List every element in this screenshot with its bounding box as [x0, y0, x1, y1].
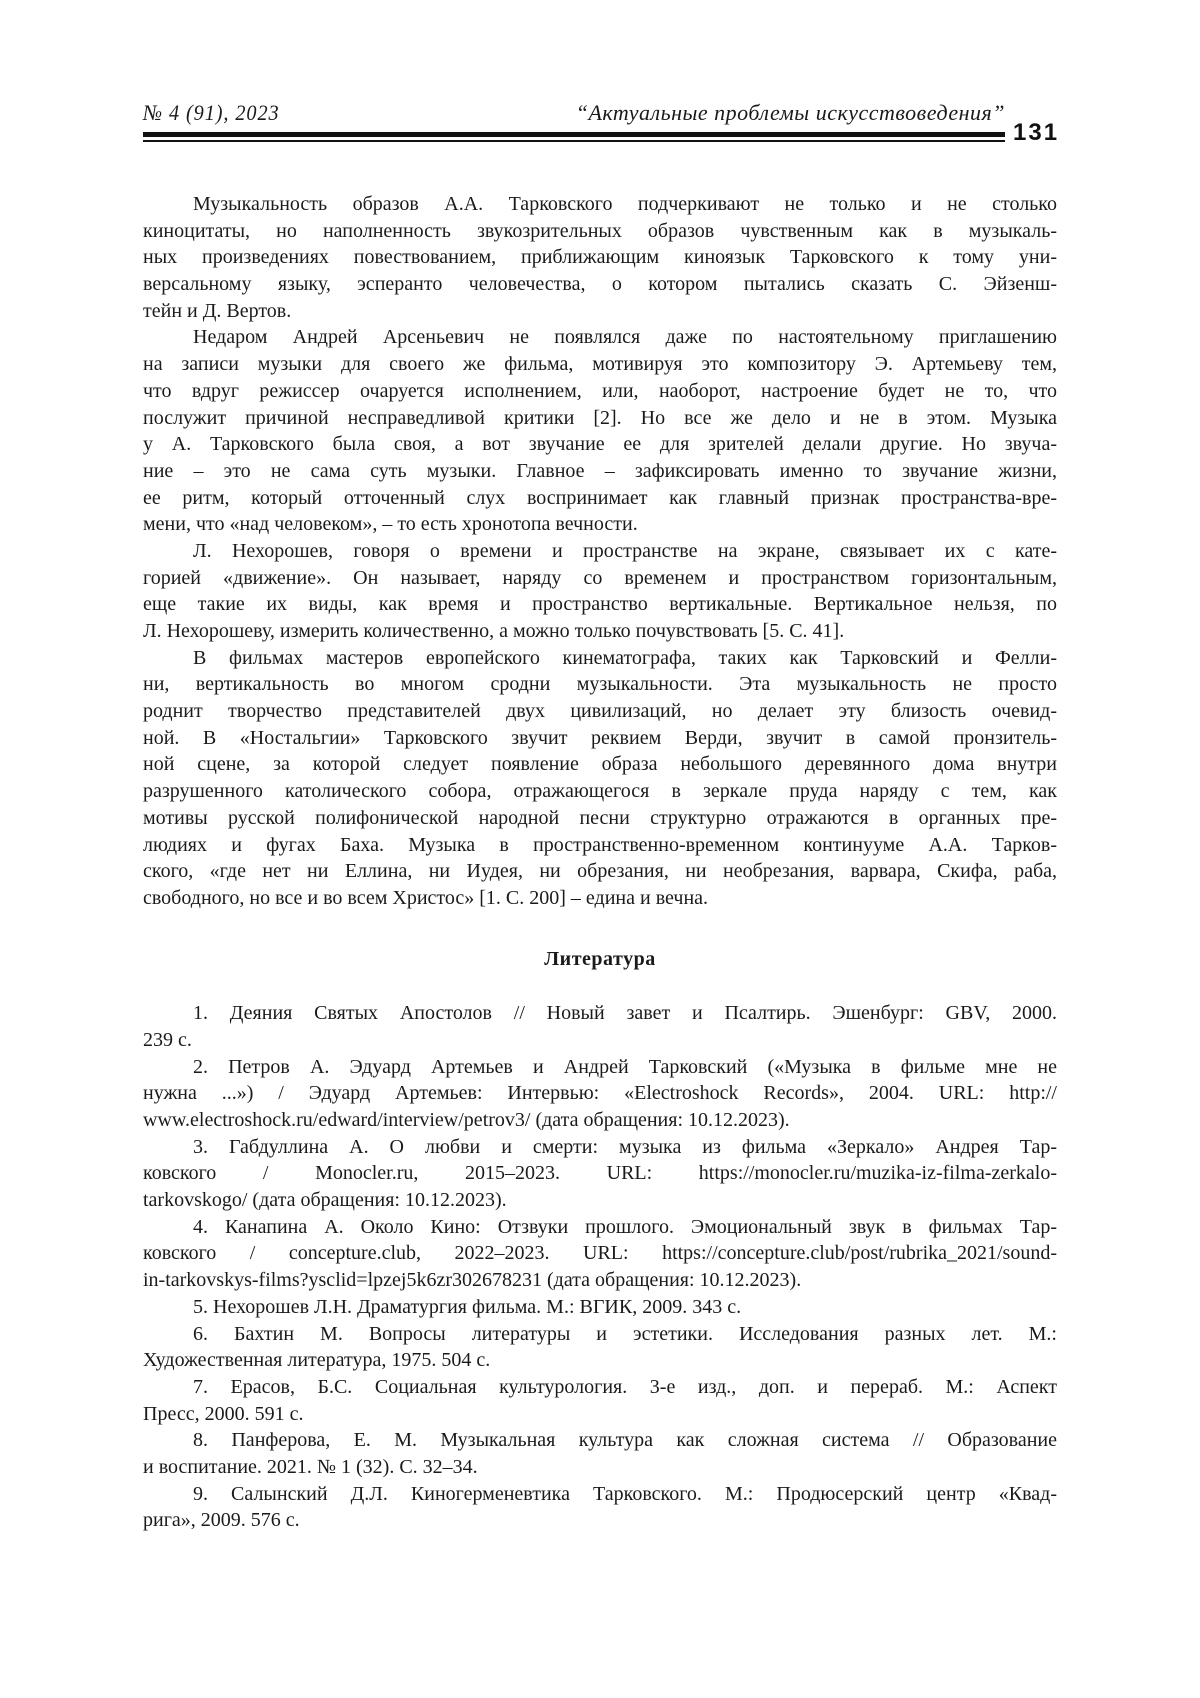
text-line: ее ритм, который отточенный слух восприн…	[143, 485, 1057, 512]
text-line: 4. Канапина А. Около Кино: Отзвуки прошл…	[143, 1214, 1057, 1241]
text-line: Недаром Андрей Арсеньевич не появлялся д…	[143, 324, 1057, 351]
paragraph: Л. Нехорошев, говоря о времени и простра…	[143, 538, 1057, 645]
reference-item: 4. Канапина А. Около Кино: Отзвуки прошл…	[143, 1214, 1057, 1294]
text-line: мотивы русской полифонической народной п…	[143, 805, 1057, 832]
reference-item: 1. Деяния Святых Апостолов // Новый заве…	[143, 1000, 1057, 1053]
text-line: роднит творчество представителей двух ци…	[143, 698, 1057, 725]
text-line: людиях и фугах Баха. Музыка в пространст…	[143, 832, 1057, 859]
header-rule-thick	[143, 132, 1005, 137]
text-line: 2. Петров А. Эдуард Артемьев и Андрей Та…	[143, 1054, 1057, 1081]
text-line: Художественная литература, 1975. 504 с.	[143, 1347, 1057, 1374]
text-line: Музыкальность образов А.А. Тарковского п…	[143, 191, 1057, 218]
text-line: 1. Деяния Святых Апостолов // Новый заве…	[143, 1000, 1057, 1027]
text-line: 3. Габдуллина А. О любви и смерти: музык…	[143, 1134, 1057, 1161]
reference-list: 1. Деяния Святых Апостолов // Новый заве…	[143, 1000, 1057, 1534]
journal-title: “Актуальные проблемы искусствоведения”	[576, 100, 1005, 126]
text-line: и воспитание. 2021. № 1 (32). С. 32–34.	[143, 1454, 1057, 1481]
spacer	[143, 912, 1057, 946]
text-line: ных произведениях повествованием, прибли…	[143, 244, 1057, 271]
text-line: in-tarkovskys-films?ysclid=lpzej5k6zr302…	[143, 1267, 1057, 1294]
reference-item: 8. Панферова, Е. М. Музыкальная культура…	[143, 1427, 1057, 1480]
reference-item: 6. Бахтин М. Вопросы литературы и эстети…	[143, 1321, 1057, 1374]
text-line: tarkovskogo/ (дата обращения: 10.12.2023…	[143, 1187, 1057, 1214]
text-line: В фильмах мастеров европейского кинемато…	[143, 645, 1057, 672]
text-line: что вдруг режиссер очаруется исполнением…	[143, 378, 1057, 405]
text-line: киноцитаты, но наполненность звукозрител…	[143, 218, 1057, 245]
text-line: 5. Нехорошев Л.Н. Драматургия фильма. М.…	[143, 1294, 1057, 1321]
paragraph: В фильмах мастеров европейского кинемато…	[143, 645, 1057, 912]
reference-item: 5. Нехорошев Л.Н. Драматургия фильма. М.…	[143, 1294, 1057, 1321]
text-line: 8. Панферова, Е. М. Музыкальная культура…	[143, 1427, 1057, 1454]
text-line: ние – это не сама суть музыки. Главное –…	[143, 458, 1057, 485]
spacer	[143, 972, 1057, 1000]
text-line: тейн и Д. Вертов.	[143, 298, 1057, 325]
text-line: ковского / concepture.club, 2022–2023. U…	[143, 1240, 1057, 1267]
text-line: у А. Тарковского была своя, а вот звучан…	[143, 431, 1057, 458]
text-line: ной сцене, за которой следует появление …	[143, 751, 1057, 778]
references-heading: Литература	[143, 946, 1057, 973]
issue-number: № 4 (91), 2023	[143, 100, 280, 126]
reference-item: 9. Салынский Д.Л. Киногерменевтика Тарко…	[143, 1481, 1057, 1534]
running-header: № 4 (91), 2023 “Актуальные проблемы иску…	[143, 100, 1005, 130]
header-rule-thin	[143, 140, 1005, 142]
text-line: ной. В «Ностальгии» Тарковского звучит р…	[143, 725, 1057, 752]
text-line: версальному языку, эсперанто человечеств…	[143, 271, 1057, 298]
text-line: свободного, но все и во всем Христос» [1…	[143, 885, 1057, 912]
text-line: разрушенного католического собора, отраж…	[143, 778, 1057, 805]
text-line: www.electroshock.ru/edward/interview/pet…	[143, 1107, 1057, 1134]
text-line: 6. Бахтин М. Вопросы литературы и эстети…	[143, 1321, 1057, 1348]
paragraph: Недаром Андрей Арсеньевич не появлялся д…	[143, 324, 1057, 538]
text-line: 239 с.	[143, 1027, 1057, 1054]
text-line: горией «движение». Он называет, наряду с…	[143, 565, 1057, 592]
text-line: ковского / Monocler.ru, 2015–2023. URL: …	[143, 1160, 1057, 1187]
paragraph: Музыкальность образов А.А. Тарковского п…	[143, 191, 1057, 324]
text-line: ни, вертикальность во многом сродни музы…	[143, 671, 1057, 698]
text-line: на записи музыки для своего же фильма, м…	[143, 351, 1057, 378]
text-line: Пресс, 2000. 591 с.	[143, 1401, 1057, 1428]
reference-item: 2. Петров А. Эдуард Артемьев и Андрей Та…	[143, 1054, 1057, 1134]
page-number: 131	[1013, 119, 1059, 147]
text-line: Л. Нехорошев, говоря о времени и простра…	[143, 538, 1057, 565]
text-line: 7. Ерасов, Б.С. Социальная культурология…	[143, 1374, 1057, 1401]
text-line: нужна ...») / Эдуард Артемьев: Интервью:…	[143, 1080, 1057, 1107]
text-line: послужит причиной несправедливой критики…	[143, 405, 1057, 432]
text-line: рига», 2009. 576 с.	[143, 1507, 1057, 1534]
text-line: ского, «где нет ни Еллина, ни Иудея, ни …	[143, 858, 1057, 885]
text-line: еще такие их виды, как время и пространс…	[143, 591, 1057, 618]
reference-item: 3. Габдуллина А. О любви и смерти: музык…	[143, 1134, 1057, 1214]
text-line: Л. Нехорошеву, измерить количественно, а…	[143, 618, 1057, 645]
text-line: мени, что «над человеком», – то есть хро…	[143, 511, 1057, 538]
article-body: Музыкальность образов А.А. Тарковского п…	[143, 191, 1057, 1534]
text-line: 9. Салынский Д.Л. Киногерменевтика Тарко…	[143, 1481, 1057, 1508]
reference-item: 7. Ерасов, Б.С. Социальная культурология…	[143, 1374, 1057, 1427]
